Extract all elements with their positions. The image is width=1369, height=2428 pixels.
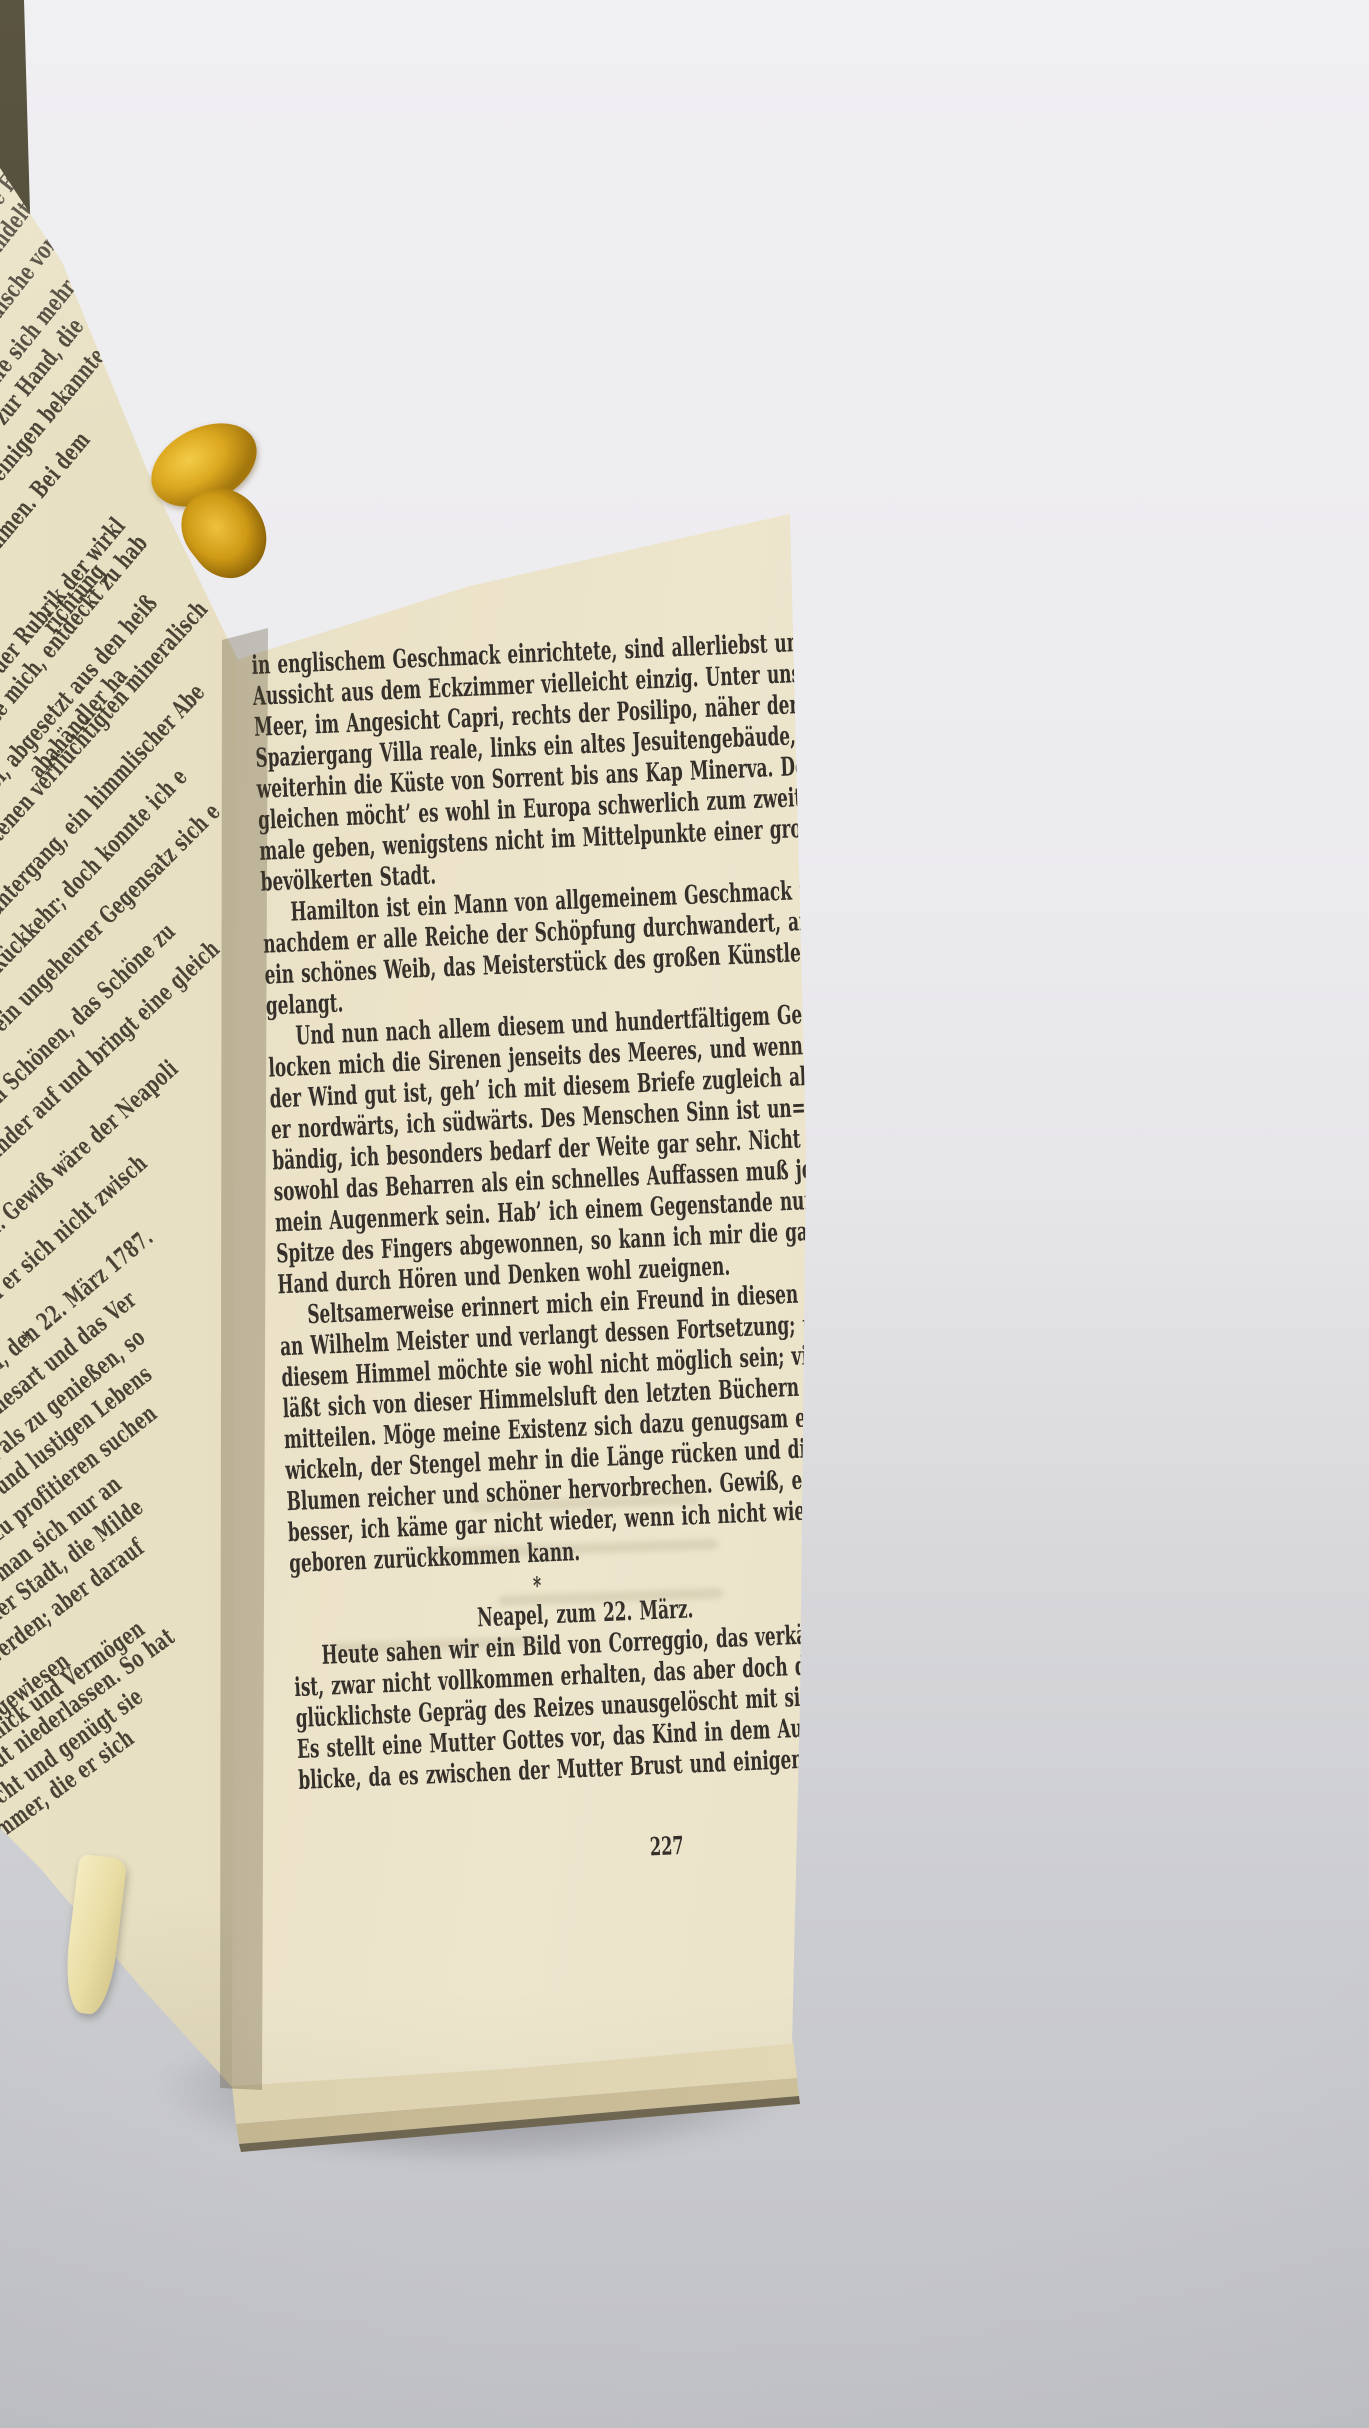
left-page-text-fragment: nnenuntergang, ein himmlischer Abe [0, 618, 266, 956]
page-number: 227 [301, 1826, 796, 1877]
left-page-text-fragment: iche Essen seinen Reich [0, 0, 255, 233]
page-number-block: 227 [251, 630, 796, 1877]
left-page-text-fragment: läufe sich mehrere [0, 50, 262, 406]
book-photo: iche Essen seinen Reichgewandelt. Da ich… [0, 0, 1369, 2428]
left-page-text-fragment: ländische vorspeiste, und [0, 0, 253, 348]
left-page-text-fragment: lich zur Hand, die [0, 106, 256, 462]
left-page-text-fragment: rrend ein ungeheurer Gegensatz sich e [0, 750, 272, 1078]
left-page-text-fragment: einer Rückkehr; doch konnte ich e [0, 685, 267, 1018]
left-page-text-fragment: enthaltenen verflüchtigten mineralisch [0, 549, 255, 892]
left-page-text-fragment: gewandelt. Da ich sie [0, 0, 247, 290]
